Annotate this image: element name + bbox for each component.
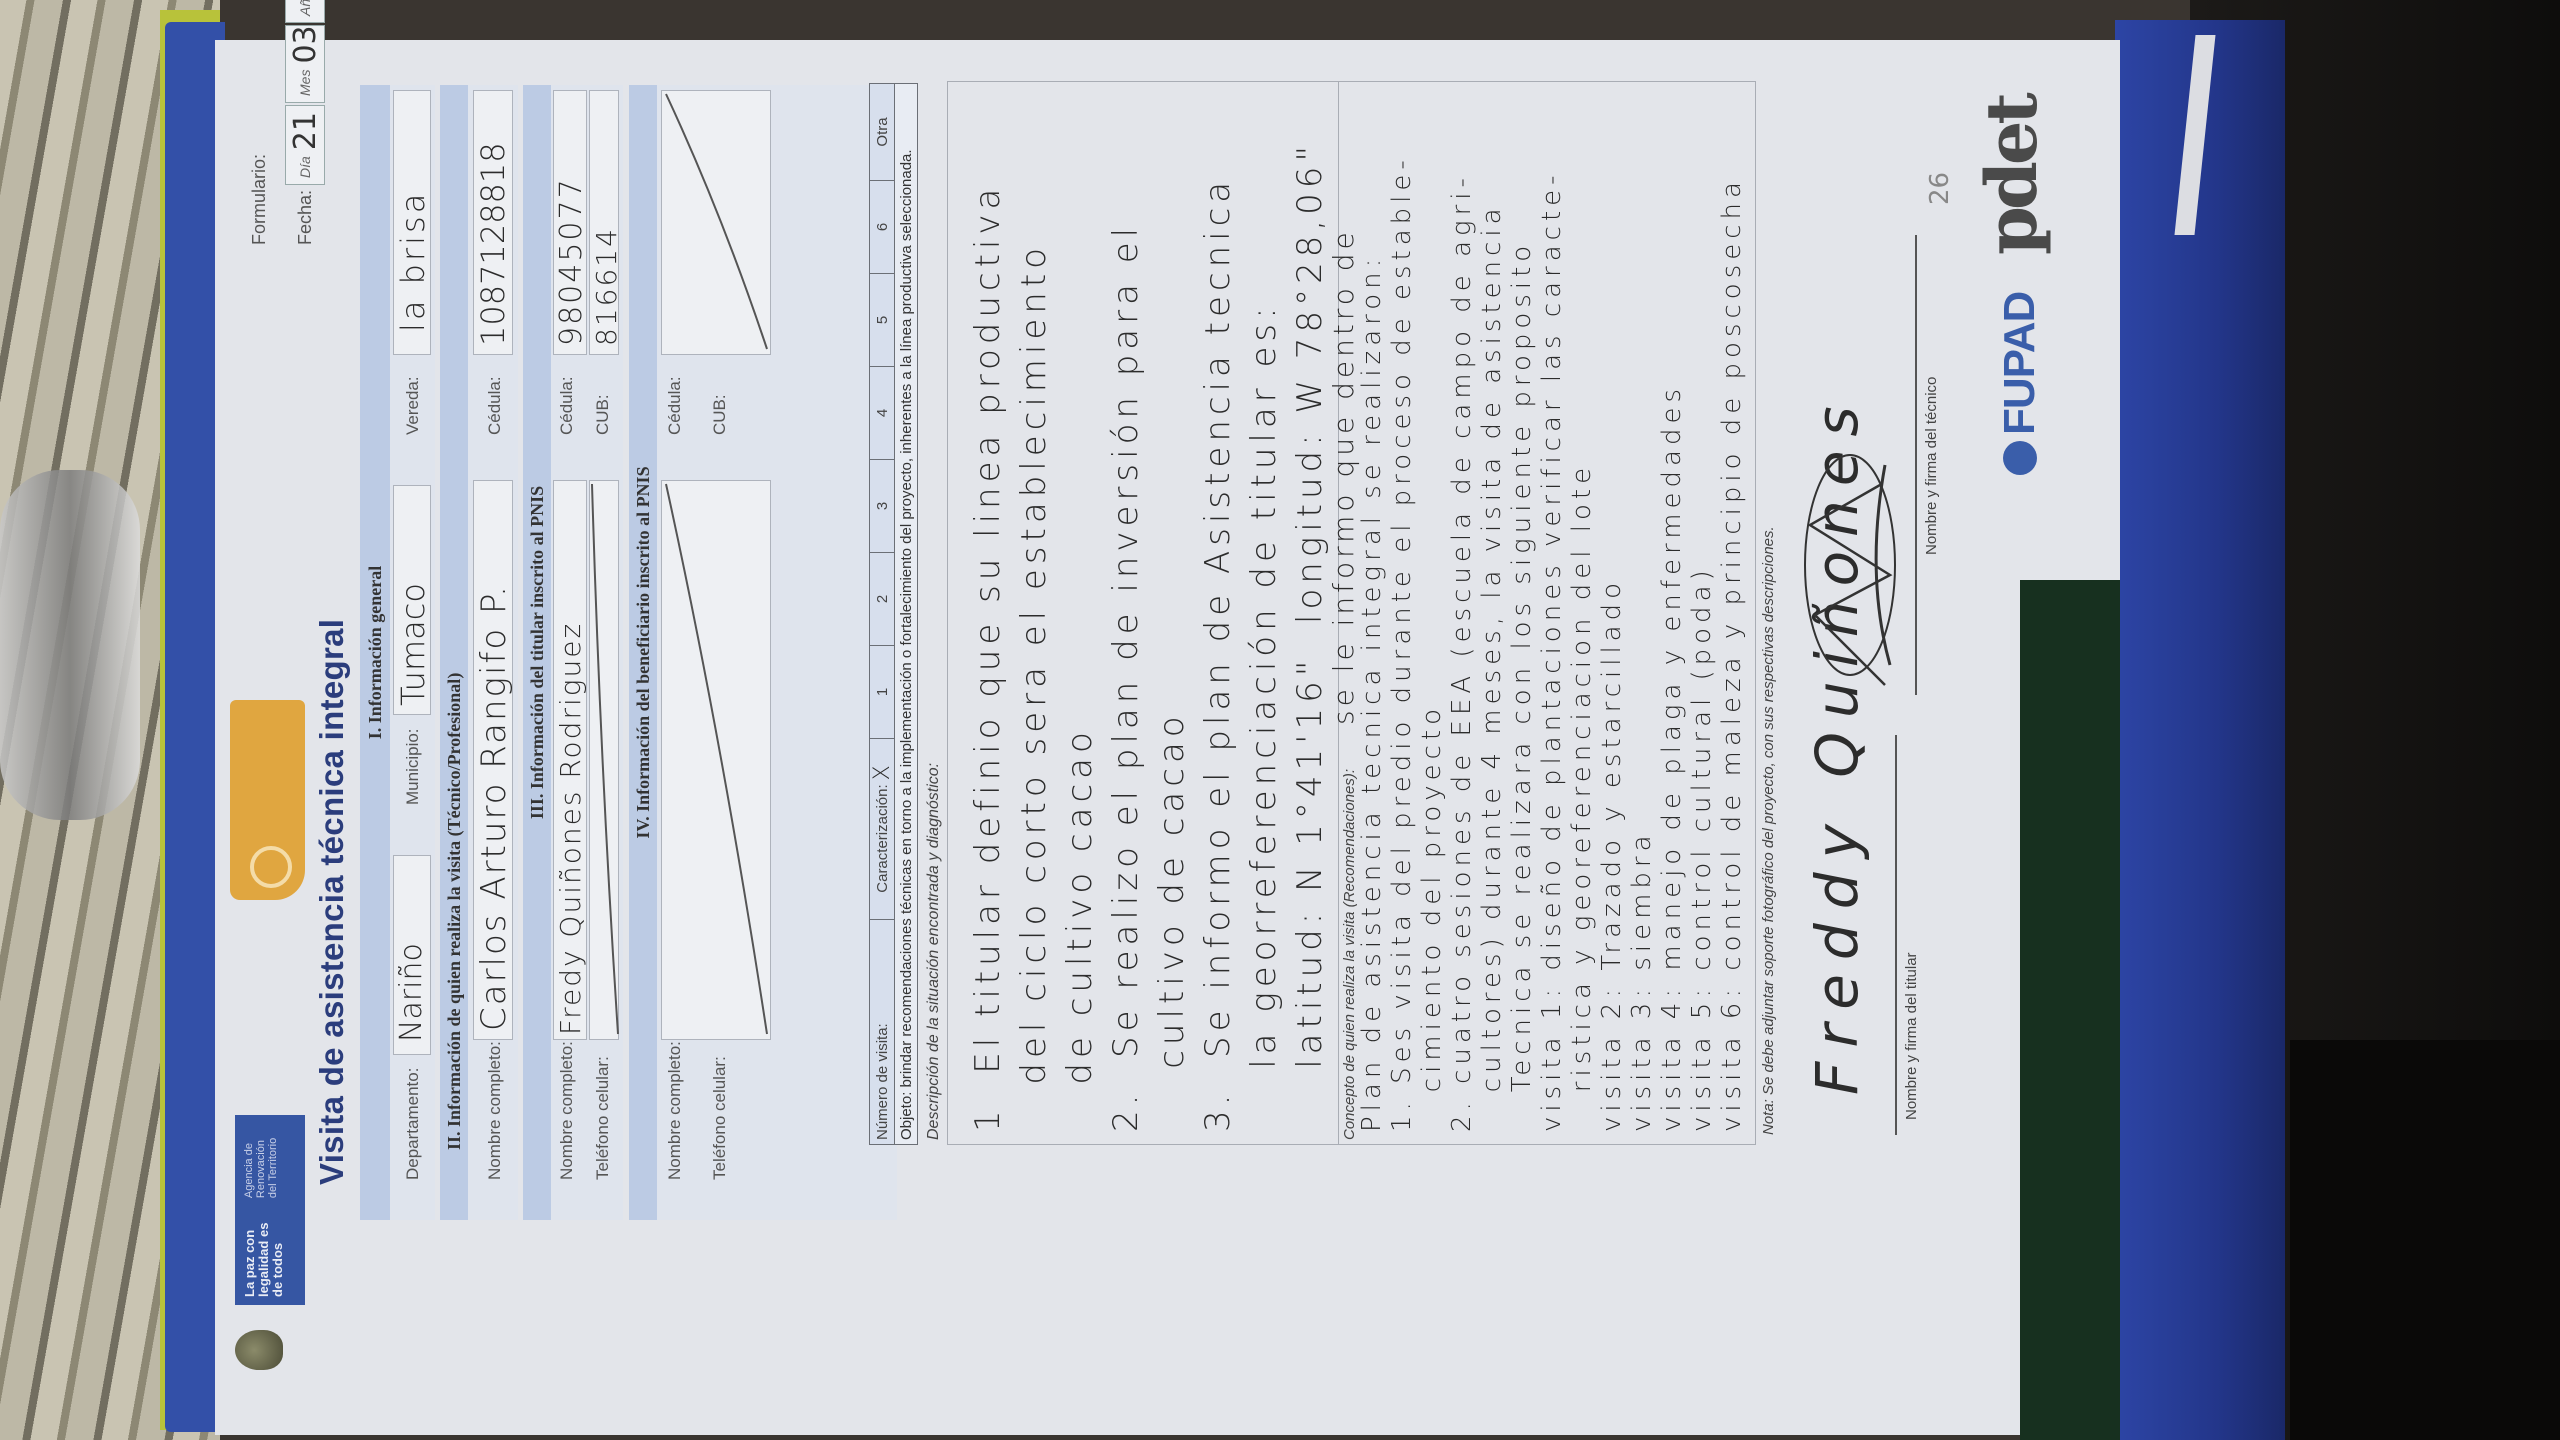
background-shadow (2290, 1040, 2560, 1440)
titular-telefono-label: Teléfono celular: (593, 1056, 613, 1180)
handwritten-line: 1. Ses visita del predio durante el proc… (1387, 155, 1417, 1132)
section2-heading: II. Información de quien realiza la visi… (440, 85, 465, 1220)
binder-clip (0, 470, 140, 820)
handwritten-line: cimiento del proyecto (1417, 704, 1447, 1132)
tecnico-signature-line (1915, 235, 1917, 695)
section1-header: I. Información general (360, 85, 390, 1220)
departamento-field[interactable]: Nariño (393, 855, 431, 1055)
handwritten-line: 3. Se informo el plan de Asistencia tecn… (1198, 177, 1238, 1132)
tecnico-signature (1795, 425, 1915, 725)
strike-line (662, 479, 772, 1039)
folder-blue-stack (2115, 20, 2285, 1440)
titular-telefono-field[interactable] (589, 480, 619, 1040)
handwritten-line: del ciclo corto sera el establecimiento (1014, 243, 1054, 1132)
section3-header: III. Información del titular inscrito al… (523, 85, 551, 1220)
tecnico-cedula-field[interactable]: 1087128818 (473, 90, 513, 355)
handwritten-line: visita 6: control de maleza y principio … (1717, 177, 1747, 1132)
handwritten-line: latitud: N 1°41'16" longitud: W 78°28,06… (1290, 141, 1330, 1132)
visit-number-label: Número de visita: (870, 919, 894, 1144)
government-logo: La paz con legalidad es de todos Agencia… (235, 1115, 305, 1305)
fupad-logo: FUPAD (1995, 292, 2045, 475)
vereda-field[interactable]: la brisa (393, 90, 431, 355)
coat-of-arms-logo (235, 1330, 283, 1370)
municipio-label: Municipio: (403, 728, 423, 805)
description-label: Descripción de la situación encontrada y… (925, 763, 943, 1140)
formulario-label: Formulario: (249, 154, 270, 245)
section1-heading: I. Información general (360, 85, 386, 1220)
visit-number-table: Número de visita: Caracterización: X 1 2… (869, 83, 918, 1145)
titular-nombre-field[interactable]: Fredy Quiñones Rodriguez (553, 480, 587, 1040)
beneficiario-telefono-label: Teléfono celular: (710, 1056, 730, 1180)
handwritten-line: Tecnica se realizara con los siguiente p… (1507, 241, 1537, 1132)
swirl-icon (250, 846, 292, 888)
page-title: Visita de asistencia técnica integral (313, 619, 351, 1185)
titular-signature-line (1895, 735, 1897, 1135)
visit-option-3[interactable]: 3 (870, 459, 894, 552)
titular-cedula-field[interactable]: 98045077 (553, 90, 587, 355)
titular-nombre-label: Nombre completo: (557, 1041, 577, 1180)
titular-cub-field[interactable]: 816614 (589, 90, 619, 355)
section3-heading: III. Información del titular inscrito al… (523, 85, 548, 1220)
handwritten-line: visita 3: siembra (1627, 830, 1657, 1132)
handwritten-line: visita 1: diseño de plantaciones verific… (1537, 170, 1567, 1132)
visit-option-5[interactable]: 5 (870, 273, 894, 366)
departamento-label: Departamento: (403, 1068, 423, 1180)
description-box[interactable]: 1 El titular definio que su linea produc… (947, 81, 1339, 1145)
slogan-text: La paz con legalidad es de todos (243, 1212, 297, 1297)
visit-option-4[interactable]: 4 (870, 366, 894, 459)
beneficiario-nombre-field[interactable] (661, 480, 771, 1040)
handwritten-line: de cultivo cacao (1060, 727, 1100, 1132)
caracterizacion-option[interactable]: Caracterización: X (870, 738, 894, 919)
handwritten-line: cultores) durante 4 meses, la visita de … (1477, 203, 1507, 1132)
section4-header: IV. Información del beneficiario inscrit… (629, 85, 657, 1220)
handwritten-line: visita 4: manejo de plaga y enfermedades (1657, 384, 1687, 1132)
handwritten-line: 2. cuatro sesiones de EEA (escuela de ca… (1447, 173, 1477, 1132)
fecha-label: Fecha: (295, 190, 316, 245)
visit-options-row: Número de visita: Caracterización: X 1 2… (870, 84, 895, 1144)
handwritten-line: la georreferenciación de titular es: (1244, 302, 1284, 1132)
agency-text: Agencia de Renovación del Territorio (243, 1123, 297, 1198)
titular-cub-label: CUB: (593, 394, 613, 435)
globe-icon (2003, 441, 2037, 475)
handwritten-line: visita 5: control cultural (poda) (1687, 565, 1717, 1132)
titular-cedula-label: Cédula: (557, 376, 577, 435)
tecnico-nombre-label: Nombre completo: (485, 1041, 505, 1180)
handwritten-line: cultivo de cacao (1152, 711, 1192, 1132)
concept-intro-right: se le informo que dentro de (1327, 228, 1360, 725)
tecnico-signature-label: Nombre y firma del técnico (1923, 377, 1940, 555)
handwritten-line: ristica y georeferenciacion del lote (1567, 463, 1597, 1132)
visit-option-2[interactable]: 2 (870, 552, 894, 645)
tecnico-nombre-field[interactable]: Carlos Arturo Rangifo P. (473, 480, 513, 1040)
checkmark: X (870, 765, 895, 780)
concept-box[interactable]: Plan de asistencia tecnica integral se r… (1335, 81, 1756, 1145)
handwritten-line: 2. Se realizo el plan de inversión para … (1106, 223, 1146, 1132)
program-logo (230, 700, 305, 900)
beneficiario-cedula-field[interactable] (661, 90, 771, 355)
year-field[interactable]: Año22 (285, 0, 325, 23)
handwritten-line: Plan de asistencia tecnica integral se r… (1357, 254, 1387, 1132)
note-text: Nota: Se debe adjuntar soporte fotográfi… (1760, 526, 1777, 1135)
beneficiario-cedula-label: Cédula: (665, 376, 685, 435)
objective-text: Objeto: brindar recomendaciones técnicas… (895, 84, 917, 1144)
municipio-field[interactable]: Tumaco (393, 485, 431, 715)
visit-option-6[interactable]: 6 (870, 180, 894, 273)
beneficiario-nombre-label: Nombre completo: (665, 1041, 685, 1180)
titular-signature-label: Nombre y firma del titular (1903, 952, 1920, 1120)
visit-option-1[interactable]: 1 (870, 645, 894, 738)
handwritten-line: visita 2: Trazado y estarcillado (1597, 578, 1627, 1132)
beneficiario-cub-label: CUB: (710, 394, 730, 435)
section2-header: II. Información de quien realiza la visi… (440, 85, 468, 1220)
handwritten-line: 1 El titular definio que su linea produc… (968, 184, 1008, 1132)
strike-line (590, 479, 620, 1039)
day-field[interactable]: Día21 (285, 105, 325, 185)
tecnico-cedula-label: Cédula: (485, 376, 505, 435)
vereda-label: Vereda: (403, 376, 423, 435)
page-number: 26 (1925, 172, 1955, 205)
month-field[interactable]: Mes03 (285, 25, 325, 103)
section4-heading: IV. Información del beneficiario inscrit… (629, 85, 654, 1220)
strike-line (662, 89, 772, 354)
visit-option-other[interactable]: Otra (870, 84, 894, 180)
pdet-logo: pdet (1970, 96, 2053, 255)
technical-visit-form: La paz con legalidad es de todos Agencia… (235, 55, 2105, 1385)
